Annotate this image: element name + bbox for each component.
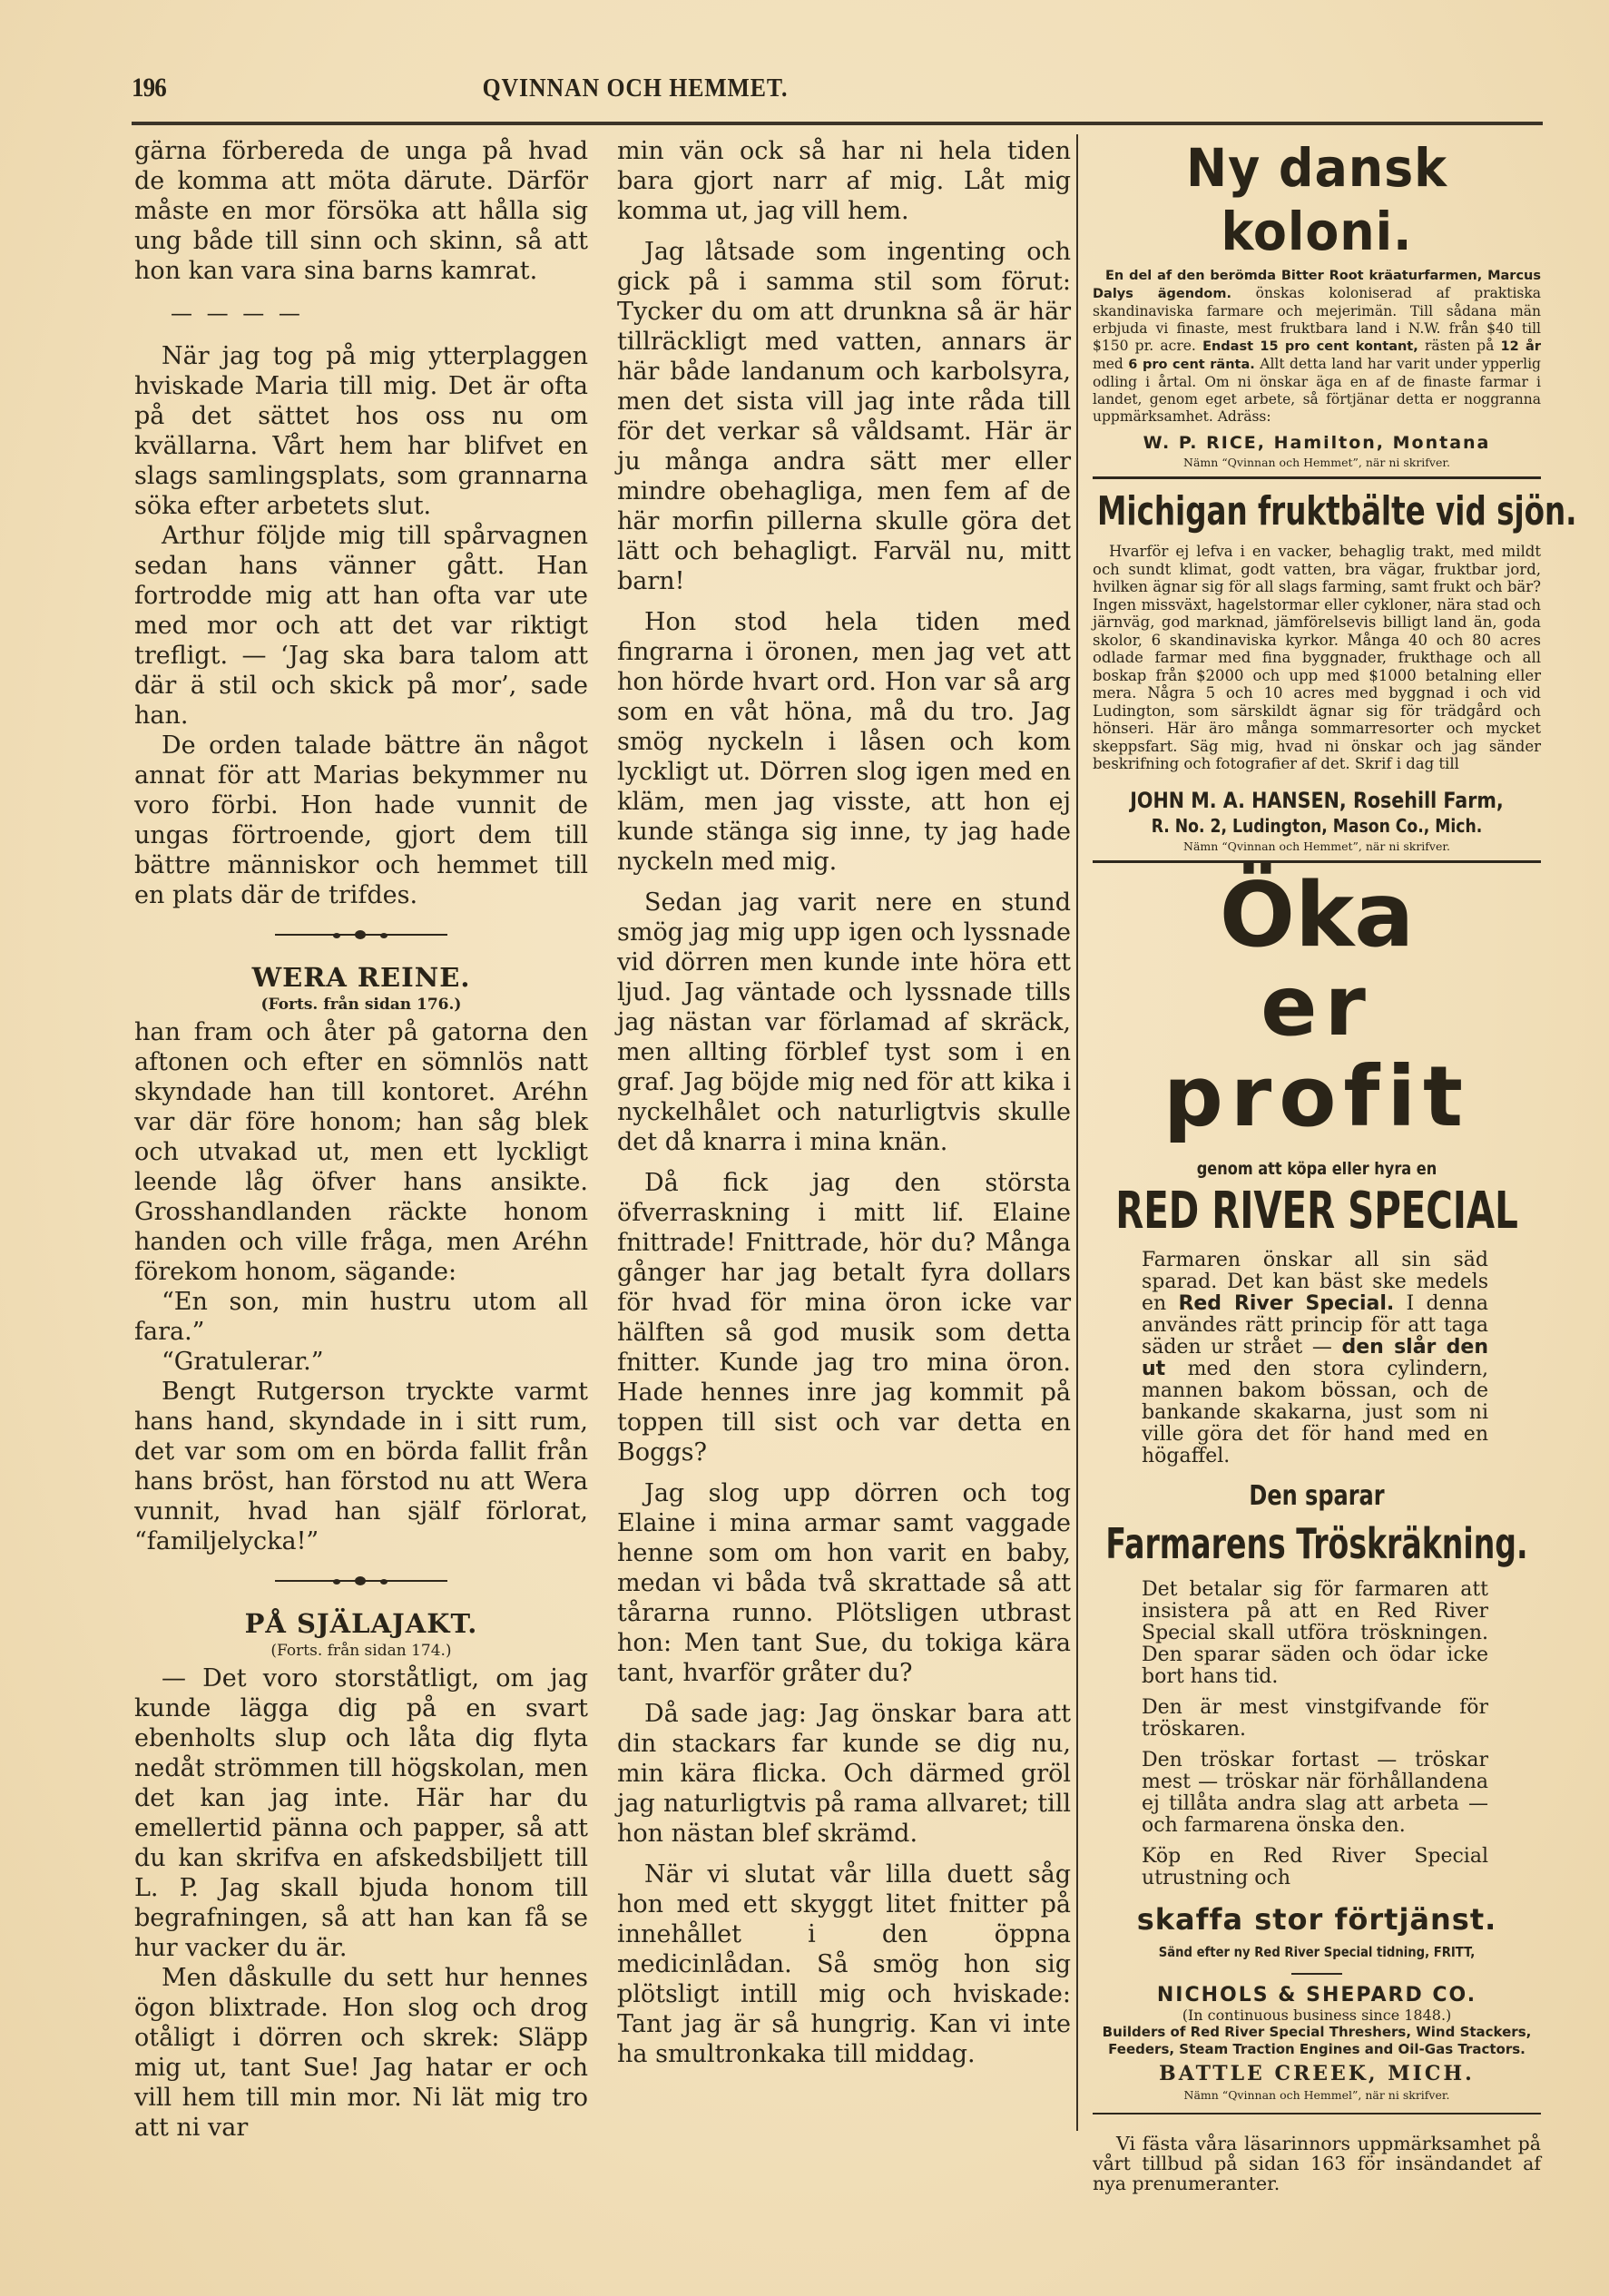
ad-address: W. P. RICE, Hamilton, Montana	[1093, 433, 1541, 453]
ad-subhead: genom att köpa eller hyra en	[1126, 1159, 1507, 1179]
ad-company-since: (In continuous business since 1848.)	[1093, 2007, 1541, 2024]
ad-divider	[1093, 860, 1541, 863]
header-rule	[132, 122, 1543, 125]
paragraph: De orden talade bättre än något annat fö…	[134, 731, 588, 910]
paragraph: Jag låtsade som ingenting och gick på i …	[617, 237, 1071, 596]
paragraph: När jag tog på mig ytterplaggen hviskade…	[134, 341, 588, 521]
paragraph: — Det voro storståtligt, om jag kunde lä…	[134, 1663, 588, 1963]
page-header: 196 QVINNAN OCH HEMMET.	[132, 71, 1540, 107]
short-divider	[1291, 1973, 1342, 1975]
ornament-divider	[275, 928, 447, 941]
ad-paragraph: Köp en Red River Special utrustning och	[1142, 1846, 1488, 1889]
ad-paragraph: Det betalar sig för farmaren att insiste…	[1142, 1579, 1488, 1688]
ornament-divider	[275, 1575, 447, 1587]
ad-product-name: RED RIVER SPECIAL	[1084, 1182, 1550, 1241]
ad-company: NICHOLS & SHEPARD CO.	[1093, 1984, 1541, 2007]
story-title-wera-reine: WERA REINE.	[134, 961, 588, 994]
ad-divider	[1093, 2113, 1541, 2114]
text-column-middle: min vän ock så har ni hela tiden bara gj…	[617, 136, 1071, 2069]
masthead: QVINNAN OCH HEMMET.	[172, 74, 1098, 103]
ad-ny-dansk-koloni: Ny dansk koloni. En del af den berömda B…	[1093, 136, 1541, 469]
ad-headline: Ny dansk koloni.	[1108, 136, 1525, 263]
paragraph: “En son, min hustru utom all fara.”	[134, 1287, 588, 1347]
ad-address: R. No. 2, Ludington, Mason Co., Mich.	[1124, 815, 1510, 837]
ad-subhead: Den sparar	[1137, 1480, 1496, 1512]
section-dashes: — — — —	[134, 299, 588, 329]
subscriber-notice: Vi fästa våra läsarinnors uppmärksamhet …	[1093, 2134, 1541, 2193]
ad-michigan-fruktbalte: Michigan fruktbälte vid sjön. Hvarför ej…	[1093, 486, 1541, 853]
ad-body-list: Det betalar sig för farmaren att insiste…	[1142, 1579, 1488, 1889]
ad-body: En del af den berömda Bitter Root kräatu…	[1093, 267, 1541, 426]
text-column-left: gärna förbereda de unga på hvad de komma…	[134, 136, 588, 2143]
ad-headline-profit: er profit	[1093, 961, 1541, 1143]
paragraph: Arthur följde mig till spårvagnen sedan …	[134, 521, 588, 731]
ad-mention: Nämn “Qvinnan och Hemmel”, när ni skrifv…	[1093, 2088, 1541, 2102]
ad-body: Farmaren önskar all sin säd sparad. Det …	[1142, 1250, 1488, 1467]
paragraph: “Gratulerar.”	[134, 1347, 588, 1377]
ad-column-divider	[1076, 134, 1078, 2131]
ad-mention: Nämn “Qvinnan och Hemmet”, när ni skrifv…	[1093, 839, 1541, 853]
paragraph: När vi slutat vår lilla duett såg hon me…	[617, 1859, 1071, 2069]
paragraph: Men dåskulle du sett hur hennes ögon bli…	[134, 1963, 588, 2143]
ad-headline-oka: Öka	[1093, 870, 1541, 961]
continued-from: (Forts. från sidan 176.)	[134, 994, 588, 1016]
ad-paragraph: Den tröskar fortast — tröskar mest — trö…	[1142, 1750, 1488, 1837]
paragraph: Sedan jag varit nere en stund smög jag m…	[617, 888, 1071, 1157]
page-number: 196	[132, 73, 166, 103]
paragraph: han fram och åter på gatorna den aftonen…	[134, 1017, 588, 1287]
paragraph: Hon stod hela tiden med fingrarna i öron…	[617, 607, 1071, 877]
story-title-pa-sjalajakt: PÅ SJÄLAJAKT.	[134, 1607, 588, 1640]
ad-body: Hvarför ej lefva i en vacker, behaglig t…	[1093, 543, 1541, 773]
paragraph: gärna förbereda de unga på hvad de komma…	[134, 136, 588, 286]
paragraph: Då sade jag: Jag önskar bara att din sta…	[617, 1699, 1071, 1849]
paragraph: Då fick jag den största öfverraskning i …	[617, 1168, 1071, 1467]
ad-company-products: Builders of Red River Special Threshers,…	[1096, 2024, 1537, 2058]
advertisement-column: Ny dansk koloni. En del af den berömda B…	[1093, 136, 1541, 2212]
ad-paragraph: Den är mest vinstgifvande för tröskaren.	[1142, 1697, 1488, 1741]
ad-city: BATTLE CREEK, MICH.	[1093, 2062, 1541, 2085]
ad-mention: Nämn “Qvinnan och Hemmet”, när ni skrifv…	[1093, 456, 1541, 469]
ad-callout: skaffa stor förtjänst.	[1093, 1902, 1541, 1937]
paragraph: min vän ock så har ni hela tiden bara gj…	[617, 136, 1071, 226]
ad-divider	[1093, 476, 1541, 479]
continued-from: (Forts. från sidan 174.)	[134, 1640, 588, 1662]
ad-headline: Michigan fruktbälte vid sjön.	[1097, 486, 1536, 537]
ad-offer: Sänd efter ny Red River Special tidning,…	[1120, 1944, 1515, 1960]
ad-red-river-special: Öka er profit genom att köpa eller hyra …	[1093, 870, 1541, 2102]
ad-headline-trosk: Farmarens Tröskräkning.	[1077, 1517, 1556, 1570]
paragraph: Bengt Rutgerson tryckte varmt hans hand,…	[134, 1377, 588, 1556]
ad-contact-name: JOHN M. A. HANSEN, Rosehill Farm,	[1093, 788, 1541, 813]
paragraph: Jag slog upp dörren och tog Elaine i min…	[617, 1478, 1071, 1688]
